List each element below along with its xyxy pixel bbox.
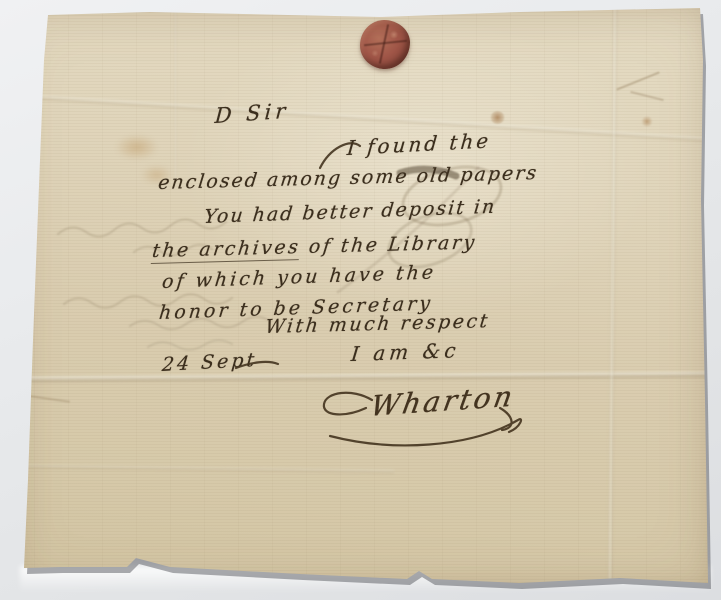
underlined-phrase: the archives (151, 236, 302, 264)
letter-paper: D Sir I found the enclosed among some ol… (0, 0, 721, 600)
photo-scene: D Sir I found the enclosed among some ol… (0, 0, 721, 600)
closing-line-2: I am &c (350, 338, 461, 366)
letter-line-4-rest: of the Library (299, 231, 478, 258)
